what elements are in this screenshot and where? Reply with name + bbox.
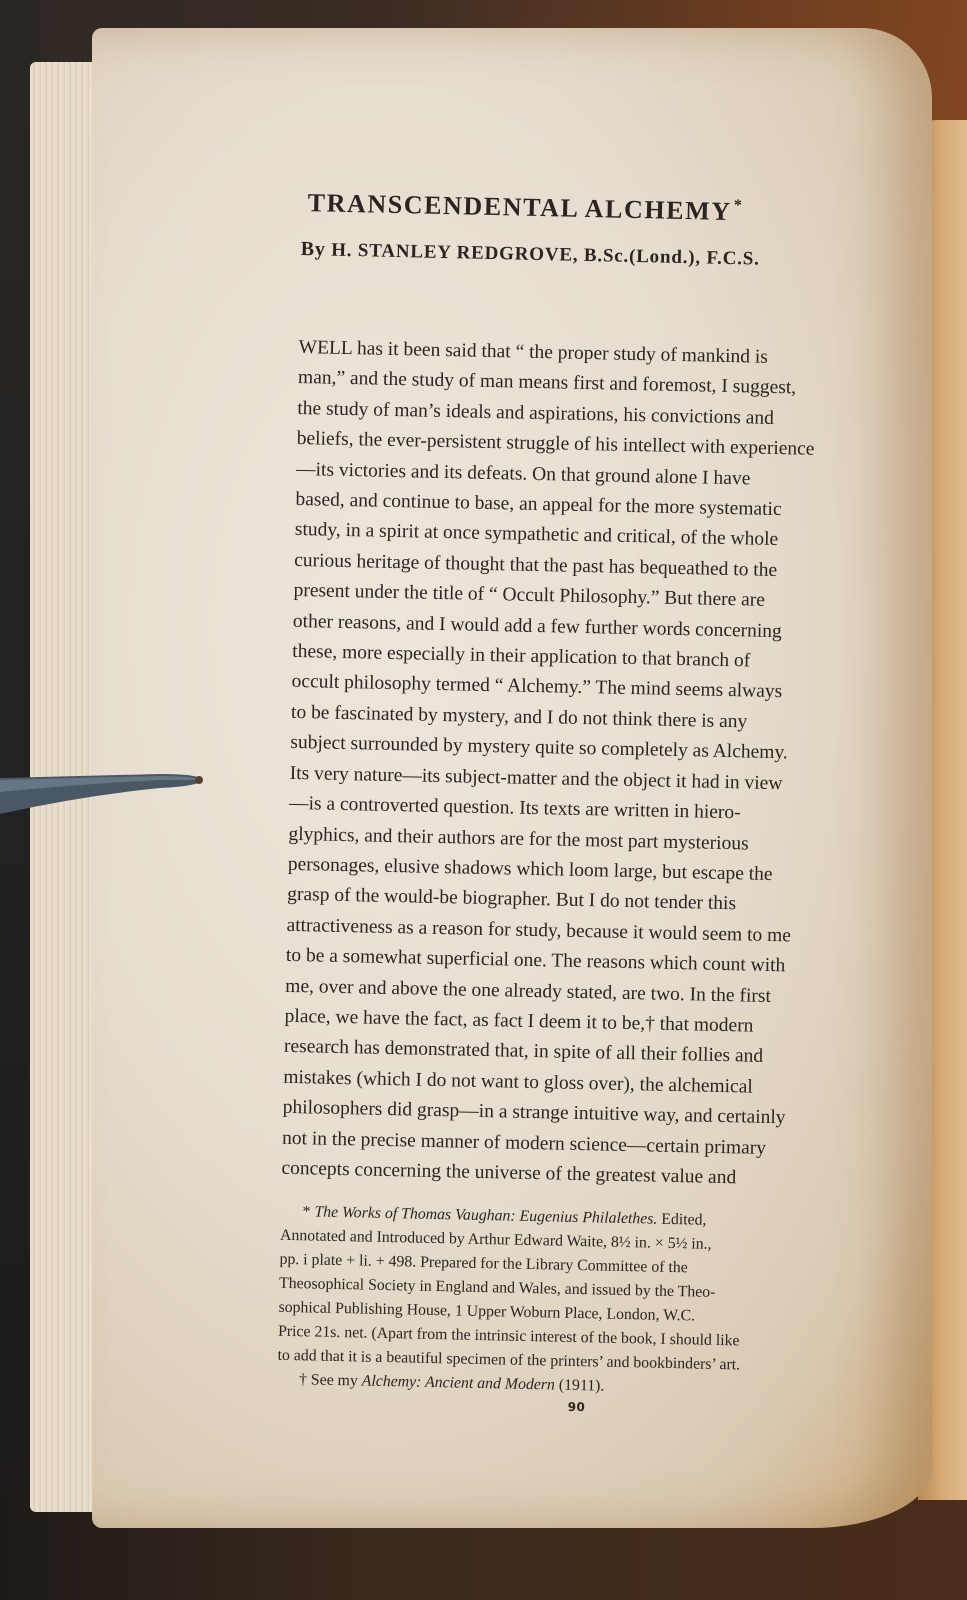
footnote-1-book-title: The Works of Thomas Vaughan: Eugenius Ph… (314, 1204, 657, 1228)
footnote-1-lead-rest: Edited, (657, 1211, 706, 1229)
book-page: TRANSCENDENTAL ALCHEMY* By H. STANLEY RE… (92, 28, 932, 1528)
byline-prefix: By (300, 238, 325, 261)
article-title: TRANSCENDENTAL ALCHEMY* (307, 188, 872, 230)
title-footnote-marker: * (734, 197, 744, 214)
page-content: TRANSCENDENTAL ALCHEMY* By H. STANLEY RE… (276, 188, 871, 1420)
footnote-2-prefix: See my (307, 1372, 362, 1390)
article-body: WELL has it been said that “ the proper … (281, 333, 889, 1197)
author-byline: By H. STANLEY REDGROVE, B.Sc.(Lond.), F.… (300, 238, 870, 273)
title-text: TRANSCENDENTAL ALCHEMY (307, 188, 732, 226)
footnote-1-body: Annotated and Introduced by Arthur Edwar… (277, 1224, 880, 1381)
footnote-1-marker: * (302, 1204, 310, 1221)
metal-page-clip-icon (0, 770, 205, 816)
footnote-2-suffix: (1911). (555, 1377, 605, 1395)
footnotes: * The Works of Thomas Vaughan: Eugenius … (277, 1200, 881, 1405)
footnote-2-book-title: Alchemy: Ancient and Modern (362, 1373, 555, 1394)
byline-author: H. STANLEY REDGROVE, B.Sc.(Lond.), F.C.S… (331, 240, 760, 270)
